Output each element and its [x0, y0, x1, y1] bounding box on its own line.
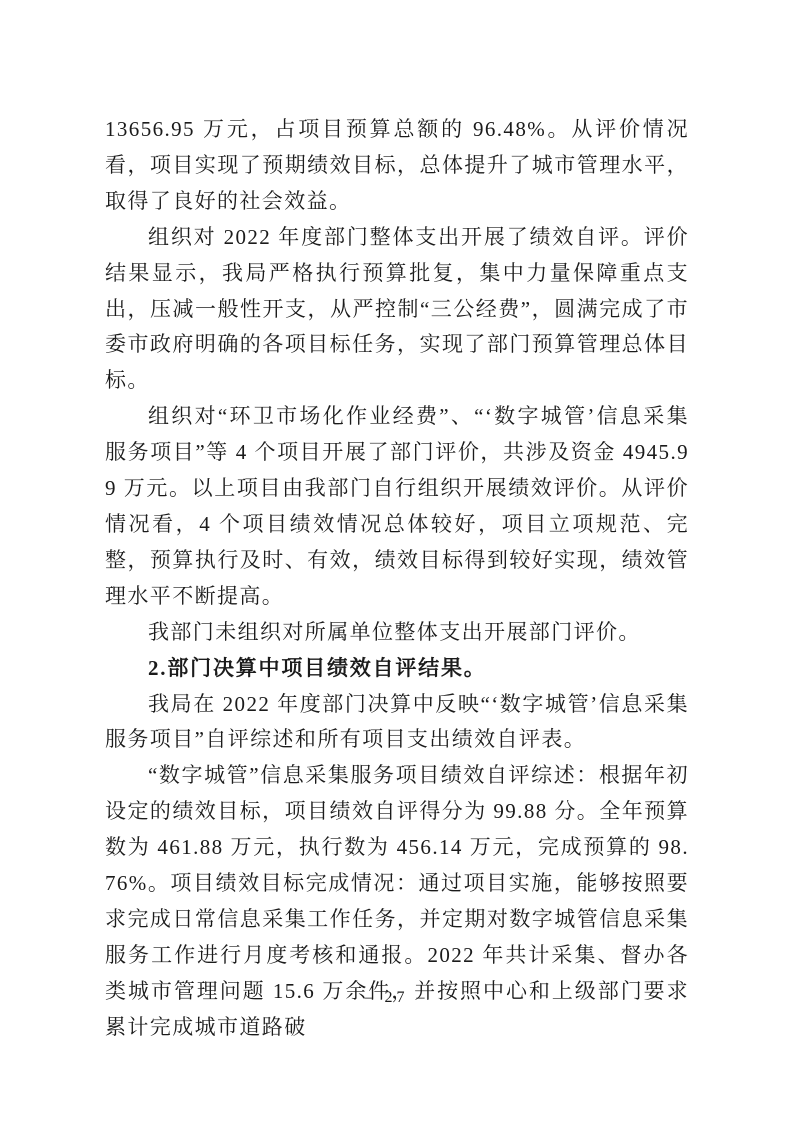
paragraph: 组织对“环卫市场化作业经费”、“‘数字城管’信息采集服务项目”等 4 个项目开展… [105, 399, 689, 614]
paragraph-continuation: 13656.95 万元，占项目预算总额的 96.48%。从评价情况看，项目实现了… [105, 112, 689, 220]
paragraph: 组织对 2022 年度部门整体支出开展了绩效自评。评价结果显示，我局严格执行预算… [105, 220, 689, 400]
paragraph: 我局在 2022 年度部门决算中反映“‘数字城管’信息采集服务项目”自评综述和所… [105, 687, 689, 759]
document-body: 13656.95 万元，占项目预算总额的 96.48%。从评价情况看，项目实现了… [105, 112, 689, 1046]
page-number: – 27 – [0, 989, 793, 1007]
document-page: 13656.95 万元，占项目预算总额的 96.48%。从评价情况看，项目实现了… [0, 0, 793, 1122]
section-heading: 2.部门决算中项目绩效自评结果。 [105, 651, 689, 687]
paragraph: 我部门未组织对所属单位整体支出开展部门评价。 [105, 615, 689, 651]
